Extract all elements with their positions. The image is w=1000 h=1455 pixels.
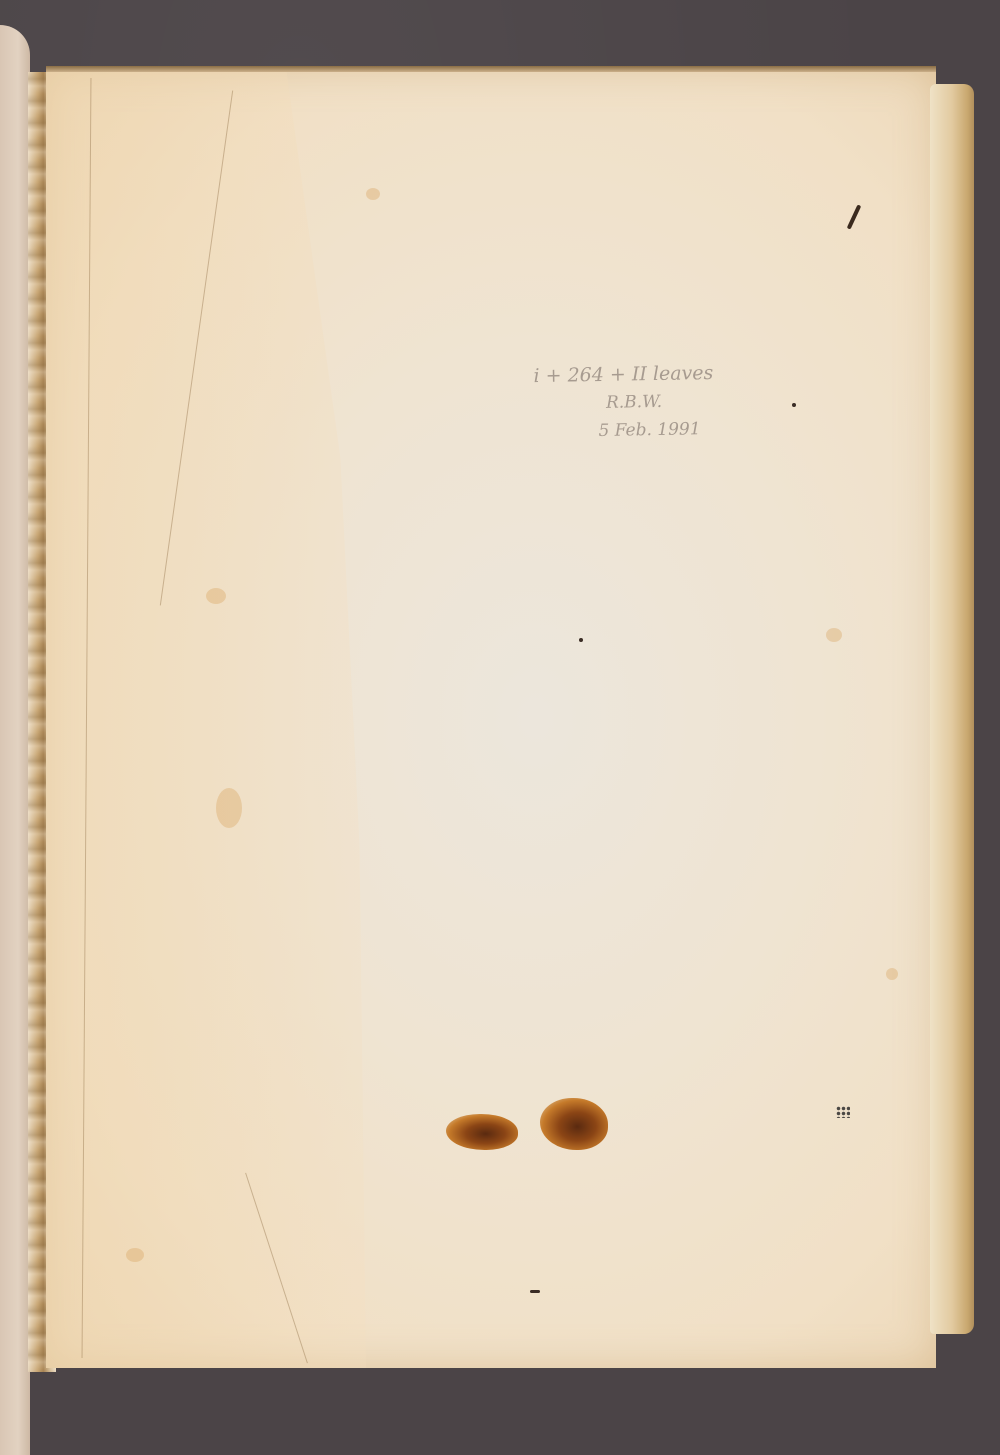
annotation-initials: R.B.W. bbox=[534, 386, 774, 418]
foxing-spot bbox=[886, 968, 898, 980]
speck bbox=[530, 1290, 540, 1293]
foxing-spot bbox=[826, 628, 842, 642]
foxing-spot bbox=[216, 788, 242, 828]
foxing-spot bbox=[206, 588, 226, 604]
ink-dot-cluster bbox=[836, 1106, 850, 1118]
pencil-annotation: i + 264 + II leaves R.B.W. 5 Feb. 1991 bbox=[533, 358, 774, 446]
fore-edge bbox=[930, 84, 974, 1334]
facing-leaf bbox=[0, 25, 30, 1455]
annotation-date: 5 Feb. 1991 bbox=[534, 414, 774, 446]
page-discoloration bbox=[46, 68, 366, 1368]
foxing-spot bbox=[366, 188, 380, 200]
brown-stain-right bbox=[540, 1098, 608, 1150]
speck bbox=[579, 638, 583, 642]
brown-stain-left bbox=[446, 1114, 518, 1150]
speck bbox=[792, 403, 796, 407]
book-page bbox=[46, 68, 936, 1368]
annotation-leaf-count: i + 264 + II leaves bbox=[533, 358, 773, 390]
foxing-spot bbox=[126, 1248, 144, 1262]
page-top-edge bbox=[46, 66, 936, 72]
